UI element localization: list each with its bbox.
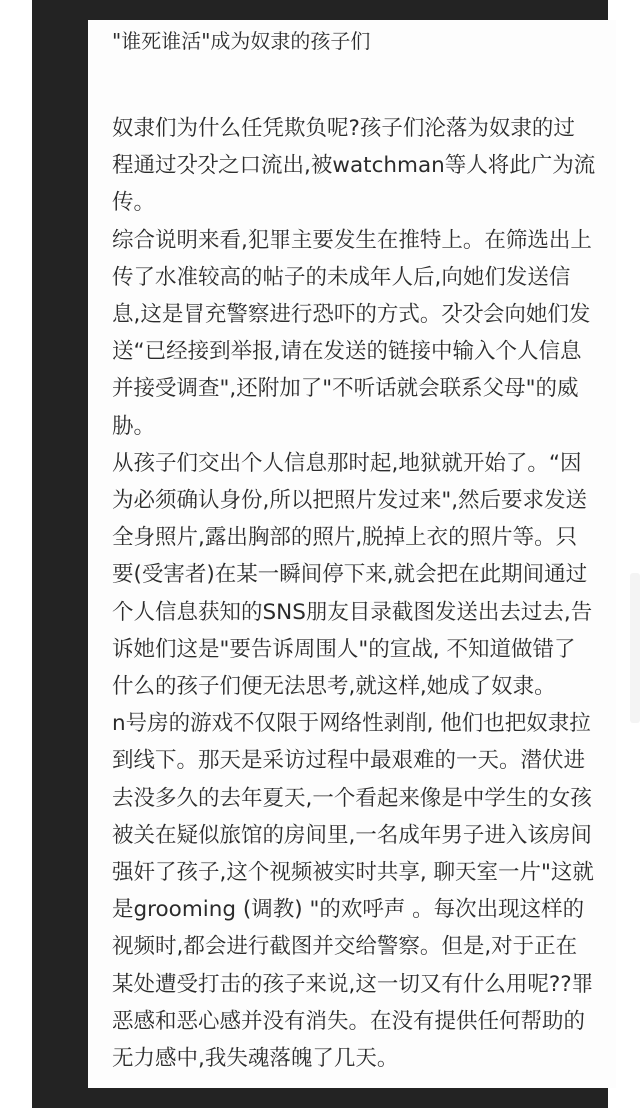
paragraph-4: n号房的游戏不仅限于网络性剥削, 他们也把奴隶拉到线下。那天是采访过程中最艰难的…: [112, 705, 596, 1077]
paragraph-2: 综合说明来看,犯罪主要发生在推特上。在筛选出上传了水准较高的帖子的未成年人后,向…: [112, 222, 596, 445]
paragraph-1: 奴隶们为什么任凭欺负呢?孩子们沦落为奴隶的过程通过갓갓之口流出,被watchma…: [112, 110, 596, 222]
paragraph-3: 从孩子们交出个人信息那时起,地狱就开始了。“因为必须确认身份,所以把照片发过来"…: [112, 445, 596, 705]
side-scrollbar[interactable]: [630, 573, 640, 723]
article-body: 奴隶们为什么任凭欺负呢?孩子们沦落为奴隶的过程通过갓갓之口流出,被watchma…: [112, 110, 596, 1077]
article-card: "谁死谁活"成为奴隶的孩子们 奴隶们为什么任凭欺负呢?孩子们沦落为奴隶的过程通过…: [88, 20, 616, 1088]
dark-frame: "谁死谁活"成为奴隶的孩子们 奴隶们为什么任凭欺负呢?孩子们沦落为奴隶的过程通过…: [32, 0, 608, 1108]
article-title: "谁死谁活"成为奴隶的孩子们: [112, 26, 370, 56]
